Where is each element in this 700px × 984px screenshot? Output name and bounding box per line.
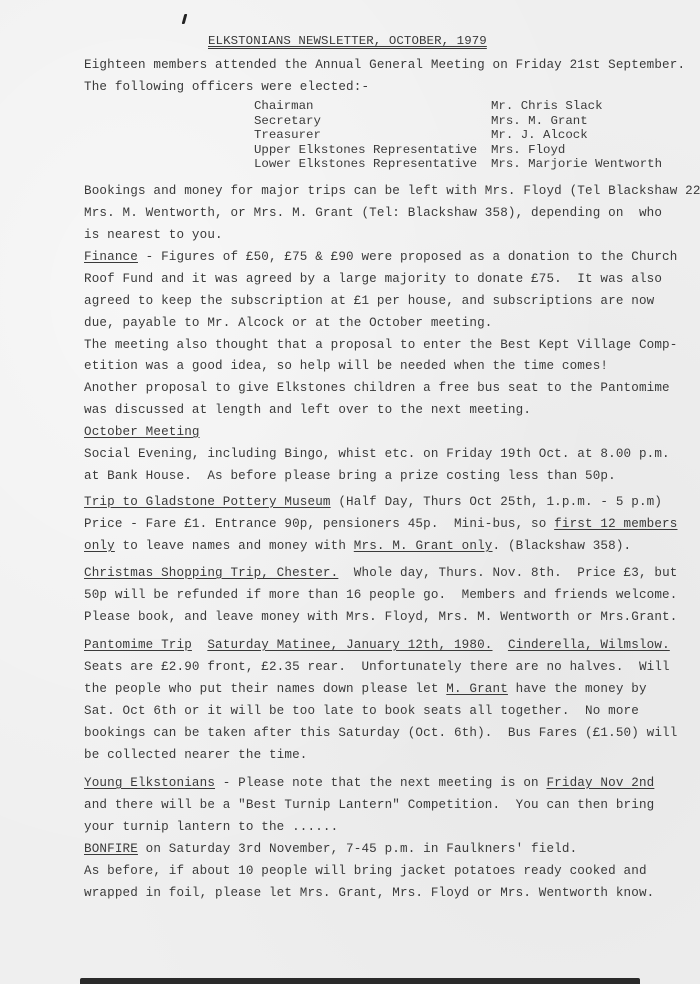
officer-role: Treasurer [254,128,491,143]
bookings-line: Bookings and money for major trips can b… [84,183,700,199]
pantomime-line: Sat. Oct 6th or it will be too late to b… [84,703,639,719]
finance-text: - Figures of £50, £75 & £90 were propose… [138,250,678,264]
october-meeting-heading-text: October Meeting [84,425,200,439]
officer-role: Chairman [254,99,491,114]
pantomime-text: have the money by [508,682,647,696]
pantomime-trip-heading: Pantomime Trip [84,638,192,652]
officer-name: Mrs. M. Grant [491,114,588,129]
christmas-trip-first-line: Christmas Shopping Trip, Chester. Whole … [84,565,678,581]
pottery-trip-text: . (Blackshaw 358). [493,539,632,553]
pottery-trip-emphasis: only [84,539,115,553]
young-elkstonians-date: Friday Nov 2nd [546,776,654,790]
officer-name: Mrs. Floyd [491,143,565,158]
officer-role: Secretary [254,114,491,129]
pottery-trip-first-line: Trip to Gladstone Pottery Museum (Half D… [84,494,662,510]
young-elkstonians-first-line: Young Elkstonians - Please note that the… [84,775,654,791]
young-elkstonians-line: and there will be a "Best Turnip Lantern… [84,797,654,813]
pottery-trip-line: Price - Fare £1. Entrance 90p, pensioner… [84,516,677,532]
bonfire-line: wrapped in foil, please let Mrs. Grant, … [84,885,654,901]
bookings-line: is nearest to you. [84,227,223,243]
pottery-trip-text: Price - Fare £1. Entrance 90p, pensioner… [84,517,554,531]
officer-role: Upper Elkstones Representative [254,143,491,158]
pottery-trip-text: to leave names and money with [115,539,354,553]
finance-line: etition was a good idea, so help will be… [84,358,608,374]
finance-line: was discussed at length and left over to… [84,402,531,418]
ink-mark [182,14,188,24]
pantomime-emphasis: M. Grant [446,682,508,696]
page-bottom-edge [80,978,640,984]
pantomime-line: Seats are £2.90 front, £2.35 rear. Unfor… [84,659,670,675]
christmas-trip-line: 50p will be refunded if more than 16 peo… [84,587,677,603]
october-meeting-line: at Bank House. As before please bring a … [84,468,616,484]
officer-row: TreasurerMr. J. Alcock [254,128,662,143]
finance-line: The meeting also thought that a proposal… [84,337,677,353]
october-meeting-line: Social Evening, including Bingo, whist e… [84,446,670,462]
pantomime-text: the people who put their names down plea… [84,682,446,696]
bonfire-heading: BONFIRE [84,842,138,856]
christmas-trip-heading: Christmas Shopping Trip, Chester. [84,566,338,580]
finance-heading: Finance [84,250,138,264]
officers-list: ChairmanMr. Chris Slack SecretaryMrs. M.… [254,99,662,172]
young-elkstonians-text: - Please note that the next meeting is o… [215,776,546,790]
finance-line: Roof Fund and it was agreed by a large m… [84,271,662,287]
officer-row: Upper Elkstones RepresentativeMrs. Floyd [254,143,662,158]
officer-row: ChairmanMr. Chris Slack [254,99,662,114]
intro-line: Eighteen members attended the Annual Gen… [84,57,685,73]
bonfire-line: As before, if about 10 people will bring… [84,863,647,879]
officer-role: Lower Elkstones Representative [254,157,491,172]
bookings-line: Mrs. M. Wentworth, or Mrs. M. Grant (Tel… [84,205,662,221]
pottery-trip-emphasis: first 12 members [554,517,677,531]
pantomime-date: Saturday Matinee, January 12th, 1980. [207,638,492,652]
officer-name: Mr. J. Alcock [491,128,588,143]
pantomime-line: be collected nearer the time. [84,747,308,763]
pantomime-line: the people who put their names down plea… [84,681,647,697]
finance-line: due, payable to Mr. Alcock or at the Oct… [84,315,493,331]
intro-line: The following officers were elected:- [84,79,369,95]
officer-name: Mrs. Marjorie Wentworth [491,157,662,172]
bonfire-text: on Saturday 3rd November, 7-45 p.m. in F… [138,842,577,856]
pottery-trip-emphasis: Mrs. M. Grant only [354,539,493,553]
officer-name: Mr. Chris Slack [491,99,603,114]
newsletter-page: ELKSTONIANS NEWSLETTER, OCTOBER, 1979 Ei… [0,0,700,984]
october-meeting-heading: October Meeting [84,424,200,440]
pottery-trip-line: only to leave names and money with Mrs. … [84,538,631,554]
young-elkstonians-heading: Young Elkstonians [84,776,215,790]
pottery-trip-text: (Half Day, Thurs Oct 25th, 1.p.m. - 5 p.… [331,495,662,509]
bonfire-first-line: BONFIRE on Saturday 3rd November, 7-45 p… [84,841,577,857]
pantomime-line: bookings can be taken after this Saturda… [84,725,677,741]
christmas-trip-text: Whole day, Thurs. Nov. 8th. Price £3, bu… [338,566,677,580]
officer-row: SecretaryMrs. M. Grant [254,114,662,129]
christmas-trip-line: Please book, and leave money with Mrs. F… [84,609,677,625]
finance-first-line: Finance - Figures of £50, £75 & £90 were… [84,249,677,265]
pantomime-trip-first-line: Pantomime Trip Saturday Matinee, January… [84,637,670,653]
officer-row: Lower Elkstones RepresentativeMrs. Marjo… [254,157,662,172]
finance-line: agreed to keep the subscription at £1 pe… [84,293,654,309]
finance-line: Another proposal to give Elkstones child… [84,380,670,396]
young-elkstonians-line: your turnip lantern to the ...... [84,819,338,835]
pottery-trip-heading: Trip to Gladstone Pottery Museum [84,495,331,509]
newsletter-title: ELKSTONIANS NEWSLETTER, OCTOBER, 1979 [208,34,487,48]
pantomime-show: Cinderella, Wilmslow. [508,638,670,652]
